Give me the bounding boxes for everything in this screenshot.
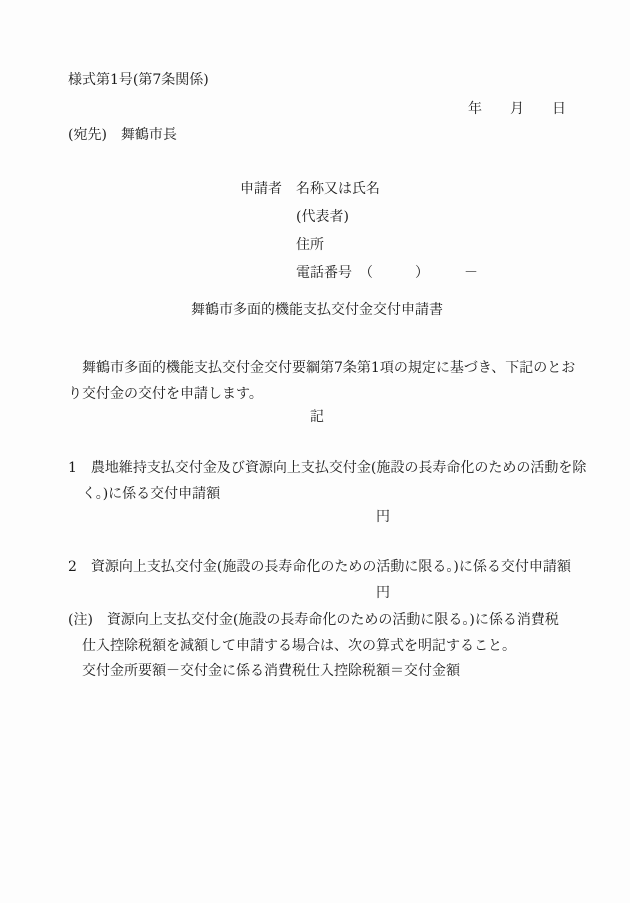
item-2-amount-unit: 円 [376,583,566,603]
applicant-address-line: 住所 [296,231,566,259]
formula-text: 交付金所要額－交付金に係る消費税仕入控除税額＝交付金額 [82,661,566,681]
addressee-line: (宛先) 舞鶴市長 [68,125,566,145]
applicant-phone-line: 電話番号 （ ） － [296,259,566,287]
document-page: 様式第1号(第7条関係) 年 月 日 (宛先) 舞鶴市長 申請者 名称又は氏名 … [0,0,630,903]
applicant-representative-line: (代表者) [296,203,566,231]
section-marker: 記 [68,407,566,427]
document-title: 舞鶴市多面的機能支払交付金交付申請書 [68,300,566,320]
item-1-text: 1 農地維持支払交付金及び資源向上支払交付金(施設の長寿命化のための活動を除 く… [68,455,566,507]
note-text: (注) 資源向上支払交付金(施設の長寿命化のための活動に限る。)に係る消費税 仕… [68,607,566,659]
form-number: 様式第1号(第7条関係) [68,70,566,90]
body-paragraph: 舞鶴市多面的機能支払交付金交付要綱第7条第1項の規定に基づき、下記のとお り交付… [68,355,566,407]
date-line: 年 月 日 [68,99,566,119]
applicant-name-line: 申請者 名称又は氏名 [240,175,566,203]
item-2-text: 2 資源向上支払交付金(施設の長寿命化のための活動に限る。)に係る交付申請額 [68,557,566,577]
item-1-amount-unit: 円 [376,507,566,527]
applicant-block: 申請者 名称又は氏名 (代表者) 住所 電話番号 （ ） － [68,175,566,287]
